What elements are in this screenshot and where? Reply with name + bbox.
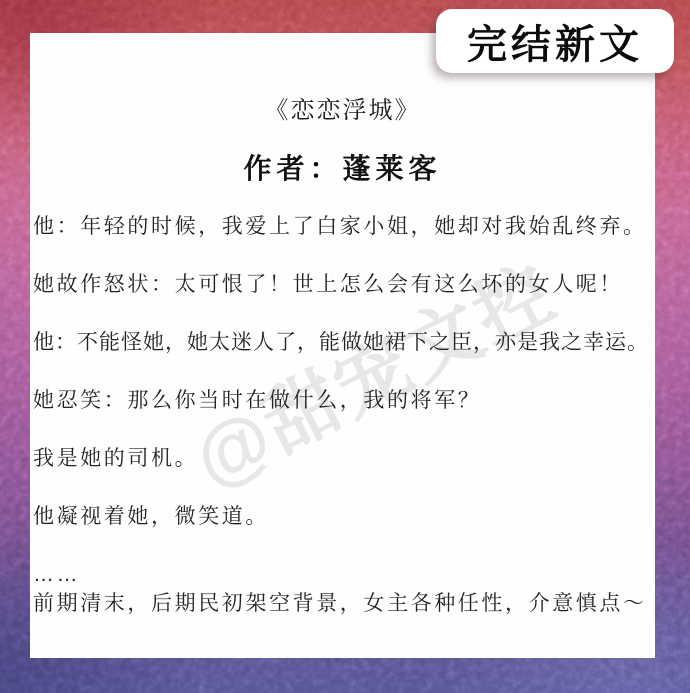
book-promo-poster: @甜宠文控 《恋恋浮城》 作者：蓬莱客 他：年轻的时候，我爱上了白家小姐，她却对… (0, 0, 690, 693)
book-title: 《恋恋浮城》 (30, 90, 655, 125)
paragraph-she-suppresses-laugh: 她忍笑：那么你当时在做什么，我的将军？ (33, 387, 652, 414)
paragraph-he-young: 他：年轻的时候，我爱上了白家小姐，她却对我始乱终弃。 (33, 213, 652, 240)
paragraph-i-was-driver: 我是她的司机。 (33, 445, 652, 472)
completed-new-story-badge: 完结新文 (436, 9, 674, 73)
paragraph-ellipsis: …… (33, 561, 652, 588)
synopsis-text: 他：年轻的时候，我爱上了白家小姐，她却对我始乱终弃。 她故作怒状：太可恨了！世上… (33, 213, 652, 617)
badge-label: 完结新文 (467, 13, 643, 70)
paragraph-he-cannot-blame: 他：不能怪她，她太迷人了，能做她裙下之臣，亦是我之幸运。 (33, 329, 652, 356)
paragraph-he-gazes-smiling: 他凝视着她，微笑道。 (33, 503, 652, 530)
paragraph-she-feigns-anger: 她故作怒状：太可恨了！世上怎么会有这么坏的女人呢！ (33, 271, 652, 298)
paragraph-setting-note: 前期清末，后期民初架空背景，女主各种任性，介意慎点～ (33, 590, 652, 617)
author-line: 作者：蓬莱客 (30, 147, 655, 187)
content-card: @甜宠文控 《恋恋浮城》 作者：蓬莱客 他：年轻的时候，我爱上了白家小姐，她却对… (30, 33, 655, 658)
